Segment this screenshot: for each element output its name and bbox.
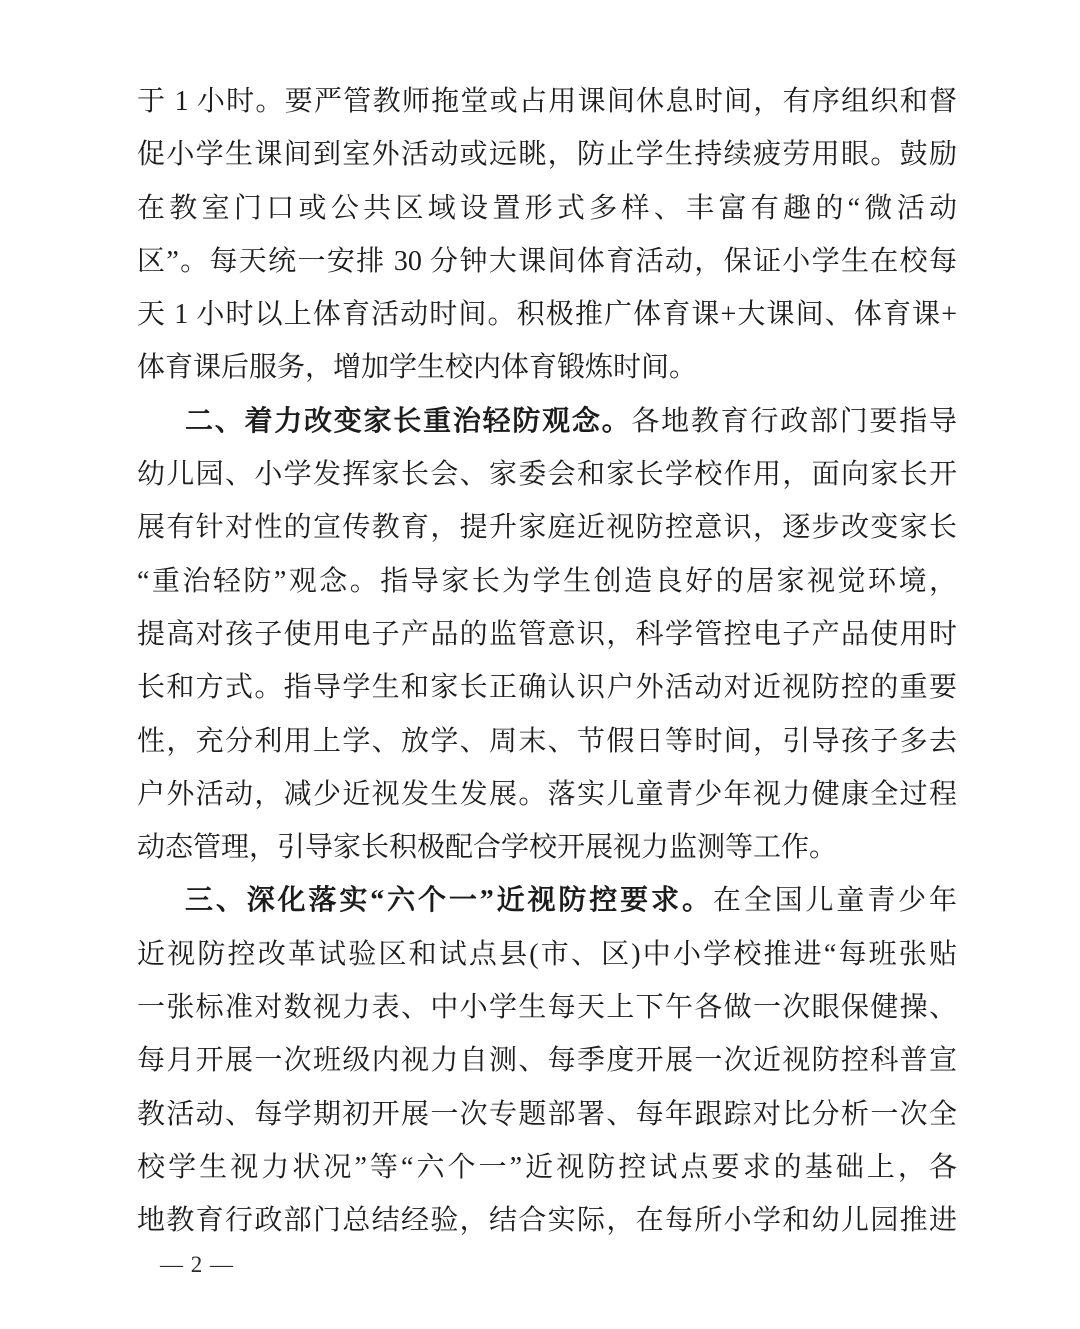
- text-line: 体育课后服务，增加学生校内体育锻炼时间。: [137, 341, 957, 394]
- text-line: 动态管理，引导家长积极配合学校开展视力监测等工作。: [137, 821, 957, 874]
- text-line: 三、深化落实“六个一”近视防控要求。在全国儿童青少年: [137, 874, 957, 927]
- text-line: 长和方式。指导学生和家长正确认识户外活动对近视防控的重要: [137, 661, 957, 714]
- section-heading: 三、深化落实“六个一”近视防控要求。: [185, 885, 713, 916]
- text-line: 户外活动，减少近视发生发展。落实儿童青少年视力健康全过程: [137, 768, 957, 821]
- text-line: 天 1 小时以上体育活动时间。积极推广体育课+大课间、体育课+: [137, 288, 957, 341]
- text-line: 促小学生课间到室外活动或远眺，防止学生持续疲劳用眼。鼓励: [137, 128, 957, 181]
- document-page: 于 1 小时。要严管教师拖堂或占用课间休息时间，有序组织和督促小学生课间到室外活…: [0, 0, 1080, 1329]
- text-line: 近视防控改革试验区和试点县(市、区)中小学校推进“每班张贴: [137, 928, 957, 981]
- text-line: 地教育行政部门总结经验，结合实际，在每所小学和幼儿园推进: [137, 1194, 957, 1247]
- text-line: 一张标准对数视力表、中小学生每天上下午各做一次眼保健操、: [137, 981, 957, 1034]
- text-line: “重治轻防”观念。指导家长为学生创造良好的居家视觉环境，: [137, 555, 957, 608]
- text-line: 展有针对性的宣传教育，提升家庭近视防控意识，逐步改变家长: [137, 501, 957, 554]
- text-line: 二、着力改变家长重治轻防观念。各地教育行政部门要指导: [137, 395, 957, 448]
- document-body: 于 1 小时。要严管教师拖堂或占用课间休息时间，有序组织和督促小学生课间到室外活…: [137, 75, 957, 1248]
- text-line: 幼儿园、小学发挥家长会、家委会和家长学校作用，面向家长开: [137, 448, 957, 501]
- text-line: 每月开展一次班级内视力自测、每季度开展一次近视防控科普宣: [137, 1034, 957, 1087]
- text-line: 于 1 小时。要严管教师拖堂或占用课间休息时间，有序组织和督: [137, 75, 957, 128]
- text-line: 提高对孩子使用电子产品的监管意识，科学管控电子产品使用时: [137, 608, 957, 661]
- text-line: 教活动、每学期初开展一次专题部署、每年跟踪对比分析一次全: [137, 1088, 957, 1141]
- text-line: 区”。每天统一安排 30 分钟大课间体育活动，保证小学生在校每: [137, 235, 957, 288]
- text-line: 校学生视力状况”等“六个一”近视防控试点要求的基础上，各: [137, 1141, 957, 1194]
- text-line: 在教室门口或公共区域设置形式多样、丰富有趣的“微活动: [137, 182, 957, 235]
- section-heading: 二、着力改变家长重治轻防观念。: [185, 406, 631, 437]
- text-line: 性，充分利用上学、放学、周末、节假日等时间，引导孩子多去: [137, 715, 957, 768]
- page-number: — 2 —: [160, 1250, 234, 1280]
